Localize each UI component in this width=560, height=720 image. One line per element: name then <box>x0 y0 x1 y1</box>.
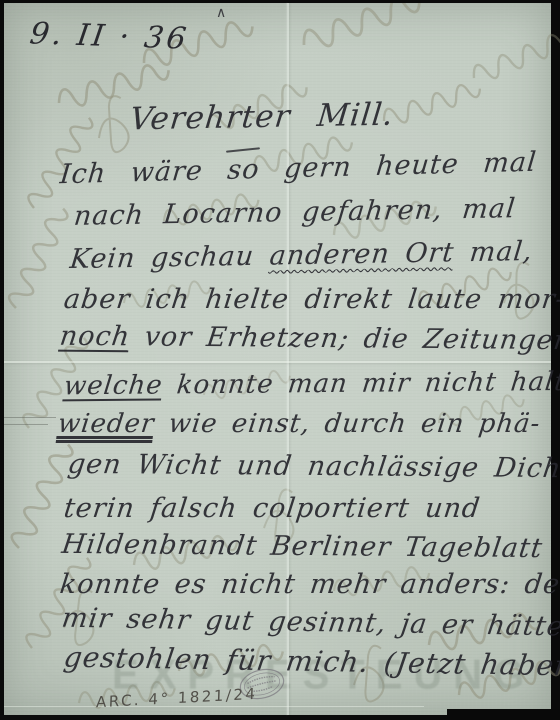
margin-scratch-mark <box>4 424 48 425</box>
line-text: konnte es nicht mehr anders: der <box>58 569 560 600</box>
line-text-underlined: welche <box>62 370 164 401</box>
pen-dash-stroke <box>226 147 260 153</box>
date-text: · 36 <box>104 19 191 57</box>
salutation-line: Verehrter Mill. <box>128 97 395 138</box>
handwriting-line: wieder wie einst, durch ein phä- <box>56 409 542 439</box>
handwriting-line: aber ich hielte direkt laute mor- <box>62 284 560 315</box>
fold-crease-bottom <box>4 706 424 707</box>
scan-edge <box>447 709 560 720</box>
insertion-caret: ∧ <box>216 5 226 21</box>
handwriting-line: Hildenbrandt Berliner Tageblatt <box>60 529 545 564</box>
line-text: nach Locarno gefahren, mal <box>72 193 517 232</box>
handwriting-line: konnte es nicht mehr anders: der <box>58 569 560 600</box>
line-text: gen Wicht und nachlässige Dich- <box>66 449 560 484</box>
letter-page: EXPRESTEUNG 9. II · 36 ∧ Verehrter Mill.… <box>4 3 551 715</box>
line-text: konnte man mir nicht halten <box>161 367 560 401</box>
line-text: aber ich hielte direkt laute mor- <box>62 284 560 315</box>
line-text-underlined: anderen Ort <box>268 237 456 271</box>
line-text-underlined: wieder <box>56 409 156 439</box>
line-text: mal, <box>453 236 535 268</box>
salutation-text: Verehrter Mill. <box>128 97 395 138</box>
handwriting-line: gen Wicht und nachlässige Dich- <box>66 449 560 484</box>
handwriting-line: Ich wäre so gern heute mal <box>59 147 539 191</box>
date-line: 9. II · 36 <box>28 16 191 56</box>
line-text: Hildenbrandt Berliner Tageblatt <box>60 529 545 564</box>
line-text: vor Erhetzen; die Zeitungen? <box>128 321 560 356</box>
line-text: Ich wäre so gern heute mal <box>59 147 539 191</box>
fold-crease-horizontal <box>4 361 551 363</box>
letter-scan: EXPRESTEUNG 9. II · 36 ∧ Verehrter Mill.… <box>0 0 560 720</box>
handwriting-line: mir sehr gut gesinnt, ja er hätte <box>60 603 560 643</box>
handwriting-line: noch vor Erhetzen; die Zeitungen? <box>58 321 560 357</box>
line-text: mir sehr gut gesinnt, ja er hätte <box>60 603 560 643</box>
handwriting-line: terin falsch colportiert und <box>62 493 482 524</box>
line-text: wie einst, durch ein phä- <box>153 409 543 439</box>
margin-scratch-mark <box>4 417 56 418</box>
handwriting-line: nach Locarno gefahren, mal <box>72 193 517 232</box>
scan-edge <box>0 715 70 720</box>
handwriting-line: welche konnte man mir nicht halten <box>62 367 560 402</box>
line-text: Kein gschau <box>68 241 271 276</box>
line-text-underlined: noch <box>58 321 132 353</box>
date-text: 9. <box>28 16 80 52</box>
handwriting-line: Kein gschau anderen Ort mal, <box>68 236 534 275</box>
line-text: terin falsch colportiert und <box>62 493 482 524</box>
